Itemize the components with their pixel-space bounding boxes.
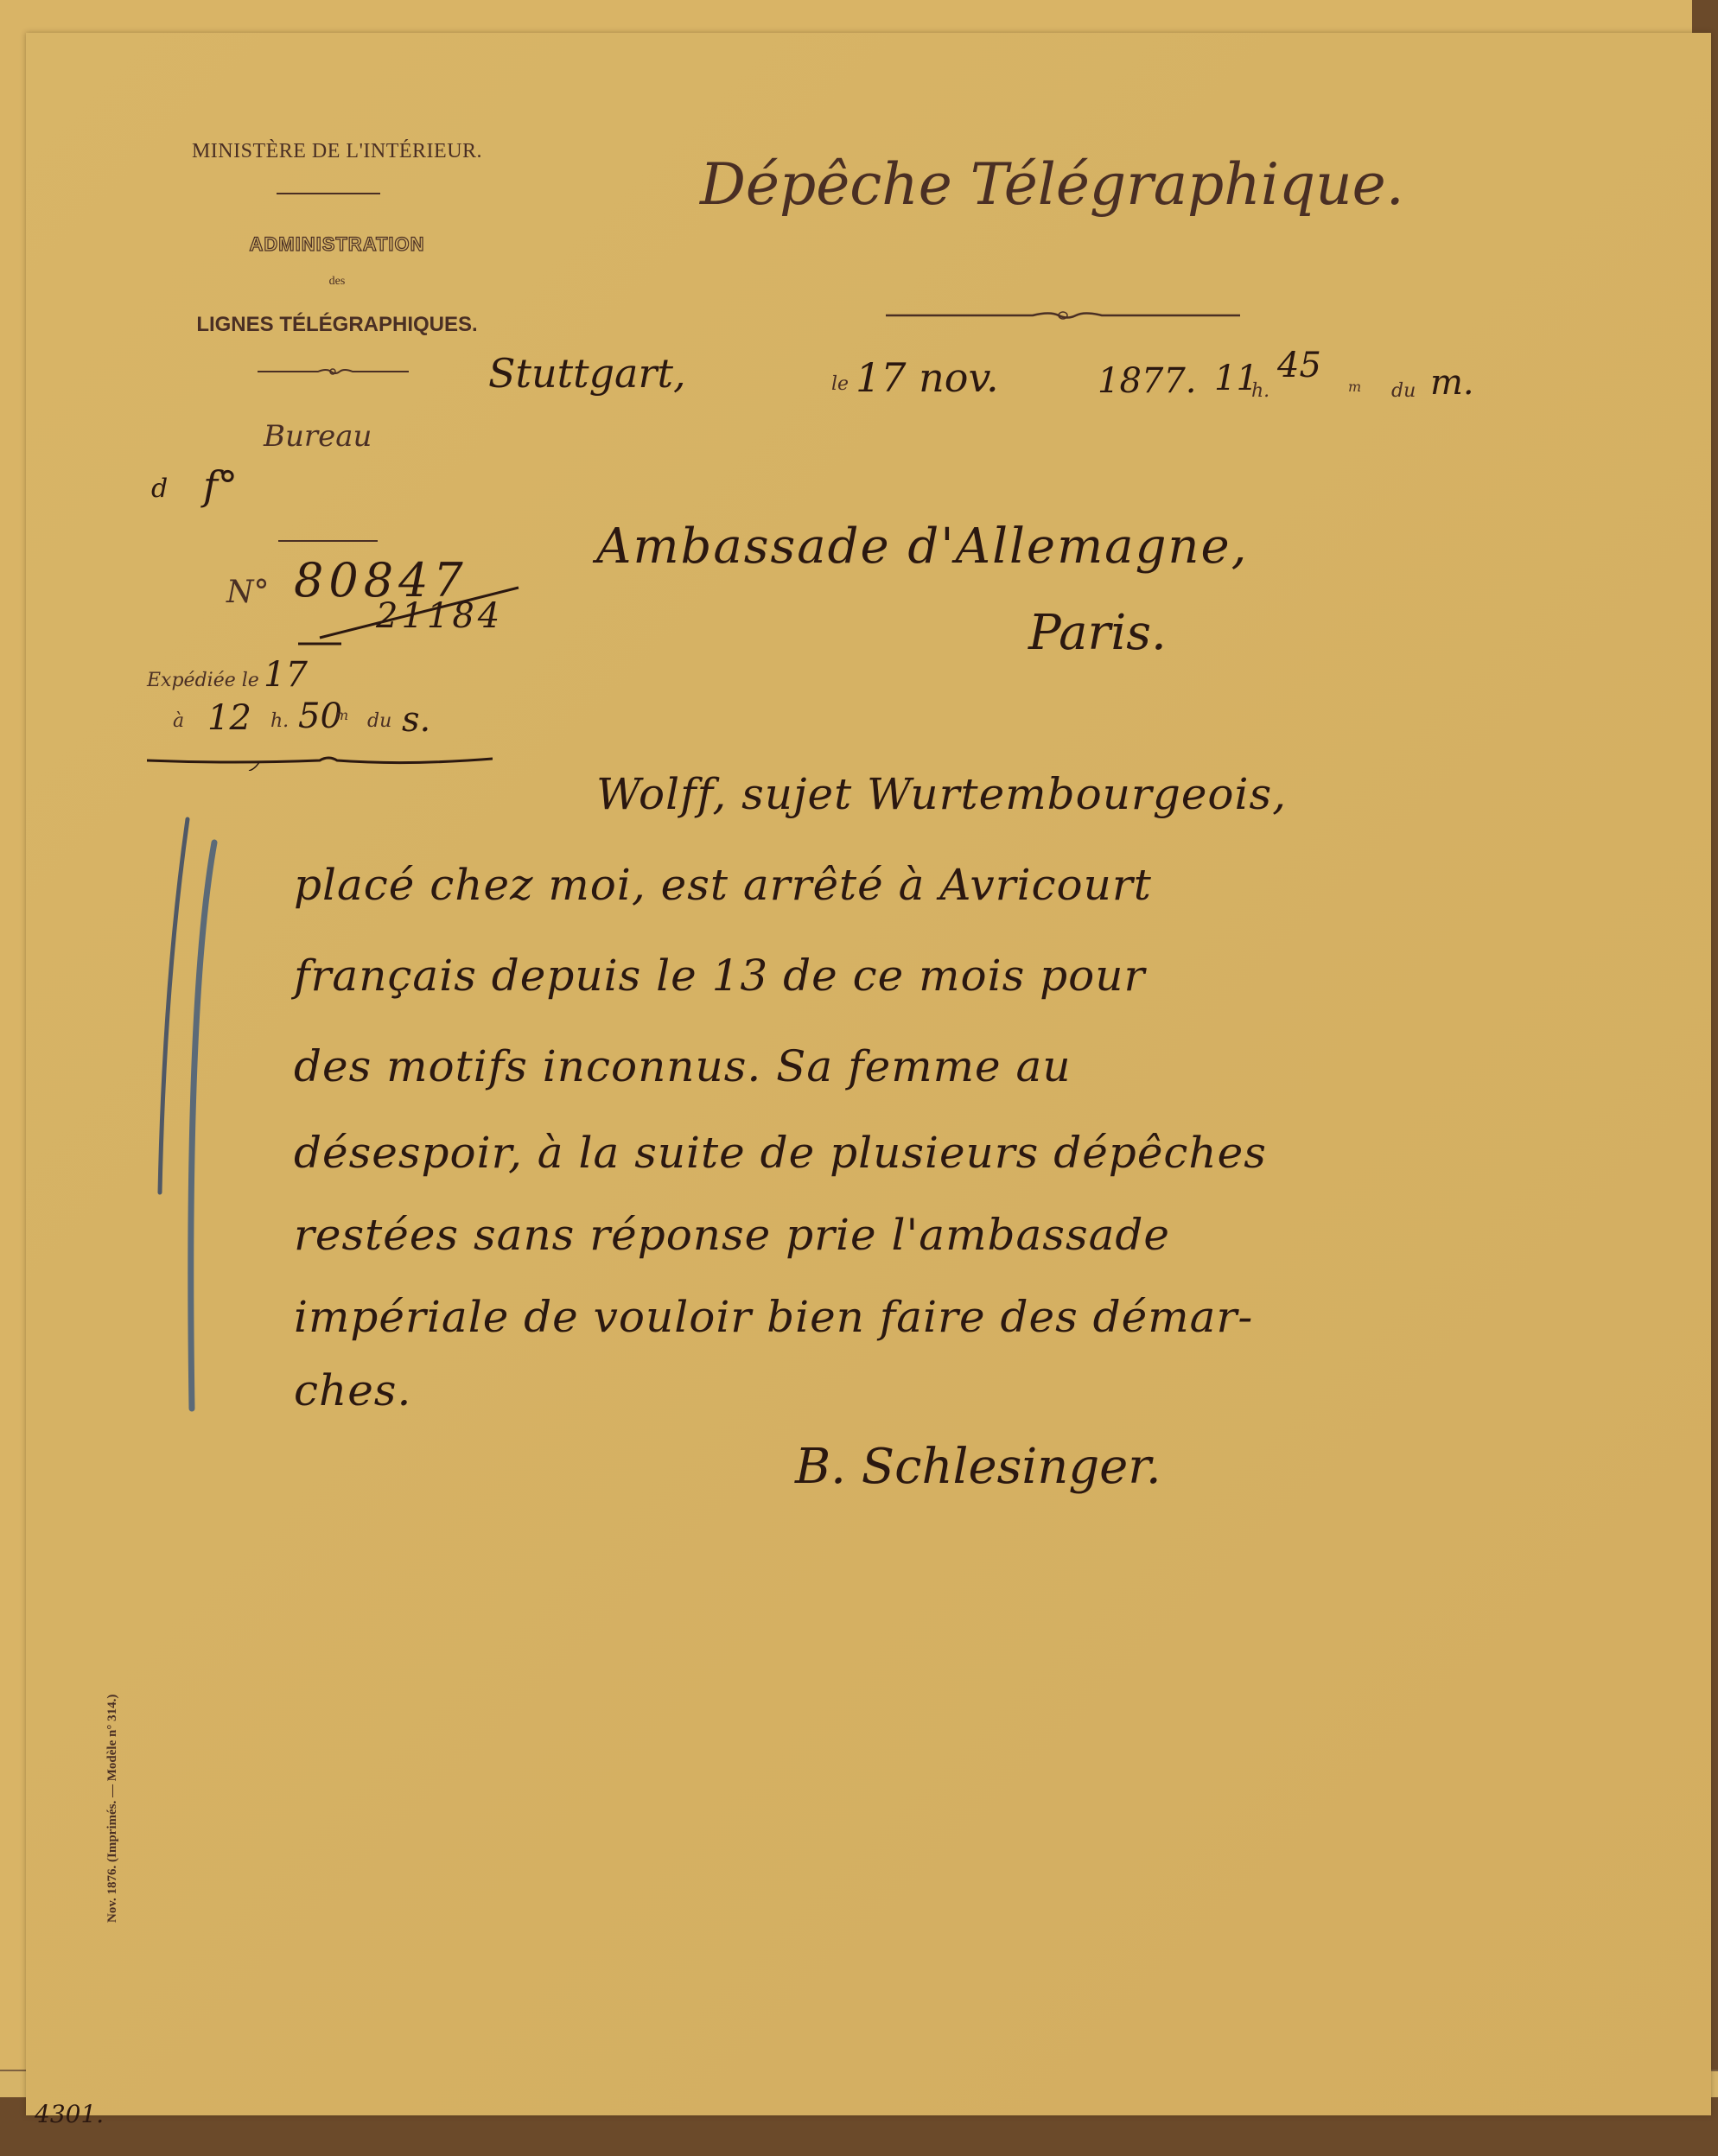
divider bbox=[277, 193, 380, 194]
divider bbox=[278, 540, 378, 542]
signature: B. Schlesinger. bbox=[795, 1439, 1161, 1495]
expediee-du-label: du bbox=[367, 710, 391, 732]
message-line-4: des motifs inconnus. Sa femme au bbox=[294, 1041, 1072, 1091]
expediee-label: Expédiée le bbox=[147, 670, 259, 691]
dateline-h-label: h. bbox=[1251, 380, 1269, 402]
pencil-margin-marks bbox=[138, 812, 242, 1417]
message-line-2: placé chez moi, est arrêté à Avricourt bbox=[294, 860, 1152, 910]
lignes-heading: LIGNES TÉLÉGRAPHIQUES. bbox=[147, 313, 527, 337]
dateline-place: Stuttgart, bbox=[488, 350, 686, 397]
bureau-entry-prefix: d bbox=[151, 474, 168, 504]
expediee-min-label: m bbox=[335, 707, 348, 723]
dateline-du-label: du bbox=[1391, 380, 1416, 402]
dateline-le-label: le bbox=[831, 373, 849, 395]
form-imprint: Nov. 1876. (Imprimés. — Modèle n° 314.) bbox=[105, 1695, 120, 1923]
expediee-period: s. bbox=[402, 700, 430, 740]
expediee-hour: 12 bbox=[207, 698, 251, 738]
message-line-1: Wolff, sujet Wurtembourgeois, bbox=[596, 769, 1287, 819]
dateline-date: 17 nov. bbox=[856, 354, 999, 401]
sub-number: 21184 bbox=[376, 596, 503, 636]
archive-folio-number: 4301. bbox=[35, 2100, 104, 2128]
message-line-8: ches. bbox=[294, 1365, 411, 1415]
bureau-label: Bureau bbox=[264, 419, 372, 454]
message-line-6: restées sans réponse prie l'ambassade bbox=[294, 1210, 1170, 1260]
expediee-day: 17 bbox=[264, 655, 308, 695]
a-label: à bbox=[173, 710, 184, 732]
recipient-line-1: Ambassade d'Allemagne, bbox=[596, 518, 1248, 575]
title-ornament bbox=[886, 309, 1240, 321]
message-line-3: français depuis le 13 de ce mois pour bbox=[294, 951, 1145, 1001]
ornamental-divider bbox=[258, 366, 409, 377]
number-label: N° bbox=[226, 575, 270, 610]
dateline-minutes: 45 bbox=[1277, 346, 1321, 385]
des-label: des bbox=[173, 275, 501, 289]
administration-heading: ADMINISTRATION bbox=[173, 233, 501, 256]
dateline-period: m. bbox=[1430, 363, 1474, 403]
recipient-line-2: Paris. bbox=[1028, 605, 1167, 661]
expediee-h-label: h. bbox=[270, 710, 289, 732]
message-line-5: désespoir, à la suite de plusieurs dépêc… bbox=[294, 1128, 1267, 1178]
dateline-min-label: m bbox=[1348, 378, 1361, 395]
document-title: Dépêche Télégraphique. bbox=[700, 151, 1404, 218]
bureau-bottom-rule bbox=[147, 752, 493, 771]
bureau-folio: f° bbox=[203, 462, 238, 509]
message-line-7: impériale de vouloir bien faire des déma… bbox=[294, 1292, 1253, 1342]
dateline-year: 1877. bbox=[1098, 361, 1197, 401]
ministry-heading: MINISTÈRE DE L'INTÉRIEUR. bbox=[147, 140, 527, 163]
